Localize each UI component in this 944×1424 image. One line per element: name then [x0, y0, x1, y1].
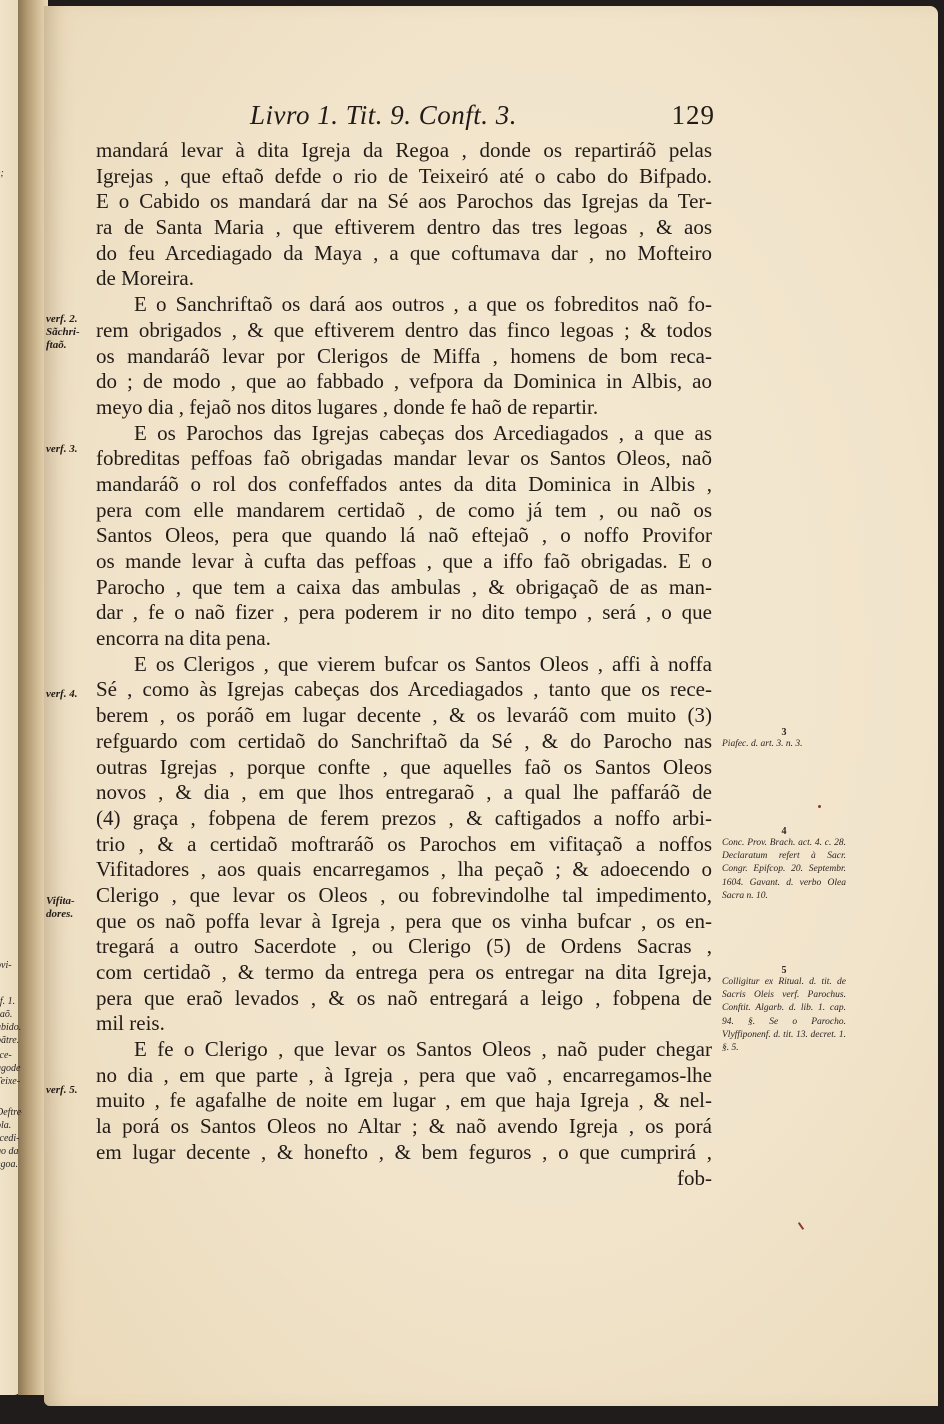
text-line: ra de Santa Maria , que eftiverem dentro… [96, 215, 712, 241]
citation-5: 5 Colligitur ex Ritual. d. tit. de Sacri… [722, 965, 846, 1055]
prev-note-text: e; [0, 168, 22, 181]
prev-note-text: ovi- [0, 960, 22, 973]
prev-note: bãtre. [0, 1035, 22, 1048]
running-head-title: Livro 1. Tit. 9. Conft. 3. [250, 100, 517, 131]
citation-4: 4 Conc. Prov. Brach. act. 4. c. 28. Decl… [722, 826, 846, 903]
prev-note: egoa. [0, 1159, 22, 1172]
text-line: do ; de modo , que ao fabbado , vefpora … [96, 369, 712, 395]
text-line: do feu Arcediagado da Maya , a que coftu… [96, 241, 712, 267]
page-number: 129 [672, 100, 716, 131]
citation-text: Colligitur ex Ritual. d. tit. de Sacris … [722, 976, 846, 1055]
margin-note-line: verf. 4. [46, 688, 77, 701]
margin-note-visitadores: Vifita- dores. [46, 895, 75, 921]
text-line: no dia , em que parte , à Igreja , pera … [96, 1063, 712, 1089]
prev-note-text: rce- [0, 1050, 22, 1063]
citation-number: 3 [722, 727, 846, 738]
prev-note: Deftre- [0, 1107, 22, 1120]
prev-note-text: zaõ. [0, 1009, 22, 1022]
text-line: mandaráõ o rol dos confeffados antes da … [96, 472, 712, 498]
text-line: Parocho , que tem a caixa das ambulas , … [96, 575, 712, 601]
text-line: os mande levar à cufta das peffoas , que… [96, 549, 712, 575]
margin-note-line: dores. [46, 908, 75, 921]
prev-note-text: abido. [0, 1022, 22, 1035]
running-head: Livro 1. Tit. 9. Conft. 3. 129 [250, 100, 715, 136]
prev-note-text: egoa. [0, 1159, 22, 1172]
text-line: dar , fe o naõ fizer , pera poderem ir n… [96, 600, 712, 626]
margin-note-verse-2: verf. 2. Sãchri- ftaõ. [46, 313, 80, 352]
margin-note-line: verf. 2. [46, 313, 80, 326]
text-line: berem , os poráõ em lugar decente , & os… [96, 703, 712, 729]
text-line: E o Sanchriftaõ os dará aos outros , a q… [96, 292, 712, 318]
text-line: meyo dia , fejaõ nos ditos lugares , don… [96, 395, 712, 421]
margin-note-line: Sãchri- [46, 326, 80, 339]
text-line: novos , & dia , em que lhos entregaraõ ,… [96, 780, 712, 806]
prev-note-text: bãtre. [0, 1035, 22, 1048]
body-text: mandará levar à dita Igreja da Regoa , d… [96, 138, 712, 1191]
text-line: rem obrigados , & que eftiverem dentro d… [96, 318, 712, 344]
text-line: trio , & a certidaõ moftraráõ os Parocho… [96, 832, 712, 858]
text-line: (4) graça , fobpena de ferem prezos , & … [96, 806, 712, 832]
text-line: Santos Oleos, pera que quando lá naõ eft… [96, 523, 712, 549]
text-line: E fe o Clerigo , que levar os Santos Ole… [96, 1037, 712, 1063]
text-line: Sé , como às Igrejas cabeças dos Arcedia… [96, 677, 712, 703]
prev-note-text: . [0, 1094, 22, 1107]
prev-note: go da [0, 1146, 22, 1159]
text-line: Igrejas , que eftaõ defde o rio de Teixe… [96, 164, 712, 190]
text-line: encorra na dita pena. [96, 626, 712, 652]
margin-note-verse-4: verf. 4. [46, 688, 77, 701]
citation-text: Piafec. d. art. 3. n. 3. [722, 738, 846, 751]
prev-note: . [0, 1094, 22, 1107]
prev-note: rcedi- [0, 1133, 22, 1146]
citation-3: 3 Piafec. d. art. 3. n. 3. [722, 727, 846, 751]
text-line: com certidaõ , & termo da entrega pera o… [96, 960, 712, 986]
text-line: muito , fe agafalhe de noite em lugar , … [96, 1088, 712, 1114]
text-line: tregará a outro Sacerdote , ou Clerigo (… [96, 934, 712, 960]
margin-note-verse-3: verf. 3. [46, 443, 77, 456]
catchword: fob- [96, 1166, 712, 1192]
text-line: refguardo com certidaõ do Sanchriftaõ da… [96, 729, 712, 755]
prev-note-text: Teixe- [0, 1076, 22, 1089]
prev-note-text: go da [0, 1146, 22, 1159]
text-line: em lugar decente , & honefto , & bem feg… [96, 1140, 712, 1166]
margin-note-line: Vifita- [46, 895, 75, 908]
text-line: Vifitadores , aos quais encarregamos , l… [96, 857, 712, 883]
prev-note-text: rf. 1. [0, 996, 22, 1009]
text-line: que os naõ poffa levar à Igreja , pera q… [96, 909, 712, 935]
ink-speck [818, 805, 821, 808]
text-line: fobreditas peffoas faõ obrigadas mandar … [96, 446, 712, 472]
prev-note: agode [0, 1063, 22, 1076]
prev-note-text: . [0, 972, 22, 985]
prev-note: e; [0, 168, 22, 181]
text-line: mandará levar à dita Igreja da Regoa , d… [96, 138, 712, 164]
text-line: E os Clerigos , que vierem bufcar os San… [96, 652, 712, 678]
margin-note-line: verf. 3. [46, 443, 77, 456]
prev-note: ovi- [0, 960, 22, 973]
text-line: os mandaráõ levar por Clerigos de Miffa … [96, 344, 712, 370]
prev-note: . [0, 972, 22, 985]
prev-note: rce- [0, 1050, 22, 1063]
prev-note: Teixe- [0, 1076, 22, 1089]
margin-note-verse-5: verf. 5. [46, 1084, 77, 1097]
text-line: de Moreira. [96, 266, 712, 292]
prev-note: abido. [0, 1022, 22, 1035]
prev-note: rf. 1. [0, 996, 22, 1009]
prev-note-text: ola. [0, 1120, 22, 1133]
citation-number: 5 [722, 965, 846, 976]
text-line: pera com elle mandarem certidaõ , de com… [96, 498, 712, 524]
text-line: E os Parochos das Igrejas cabeças dos Ar… [96, 421, 712, 447]
text-line: la porá os Santos Oleos no Altar ; & naõ… [96, 1114, 712, 1140]
prev-note-text: Deftre- [0, 1107, 22, 1120]
text-line: pera que eraõ levados , & os naõ entrega… [96, 986, 712, 1012]
citation-number: 4 [722, 826, 846, 837]
text-line: mil reis. [96, 1011, 712, 1037]
prev-note-text: rcedi- [0, 1133, 22, 1146]
prev-note-text: agode [0, 1063, 22, 1076]
citation-text: Conc. Prov. Brach. act. 4. c. 28. Declar… [722, 837, 846, 903]
margin-note-line: verf. 5. [46, 1084, 77, 1097]
text-line: outras Igrejas , porque confte , que aqu… [96, 755, 712, 781]
margin-note-line: ftaõ. [46, 339, 80, 352]
prev-note: ola. [0, 1120, 22, 1133]
prev-note: zaõ. [0, 1009, 22, 1022]
text-line: Clerigo , que levar os Oleos , ou fobrev… [96, 883, 712, 909]
text-line: E o Cabido os mandará dar na Sé aos Paro… [96, 189, 712, 215]
